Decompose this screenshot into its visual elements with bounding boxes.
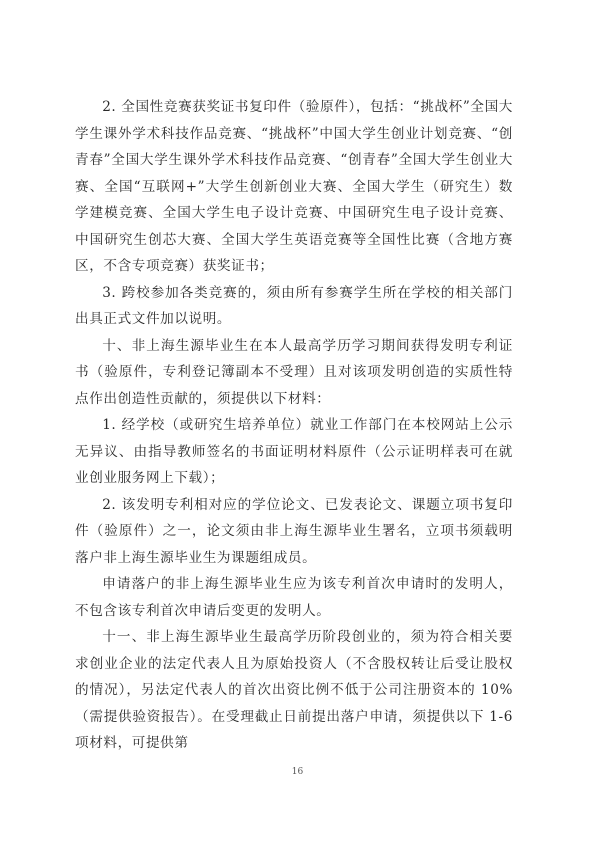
page-number: 16	[0, 767, 595, 777]
paragraph-section-10-item-1: 1. 经学校（或研究生培养单位）就业工作部门在本校网站上公示无异议、由指导教师签…	[75, 412, 513, 492]
paragraph-item-3-cross-school: 3. 跨校参加各类竞赛的，须由所有参赛学生所在学校的相关部门出具正式文件加以说明…	[75, 280, 513, 333]
paragraph-section-11-entrepreneurship: 十一、非上海生源毕业生最高学历阶段创业的，须为符合相关要求创业企业的法定代表人且…	[75, 624, 513, 757]
paragraph-item-2-competition-certificates: 2. 全国性竞赛获奖证书复印件（验原件），包括：“挑战杯”全国大学生课外学术科技…	[75, 94, 513, 280]
paragraph-section-10-patent: 十、非上海生源毕业生在本人最高学历学习期间获得发明专利证书（验原件，专利登记簿副…	[75, 333, 513, 413]
paragraph-section-10-item-2: 2. 该发明专利相对应的学位论文、已发表论文、课题立项书复印件（验原件）之一，论…	[75, 492, 513, 572]
document-page-body: 2. 全国性竞赛获奖证书复印件（验原件），包括：“挑战杯”全国大学生课外学术科技…	[75, 94, 513, 757]
paragraph-section-10-note: 申请落户的非上海生源毕业生应为该专利首次申请时的发明人，不包含该专利首次申请后变…	[75, 571, 513, 624]
